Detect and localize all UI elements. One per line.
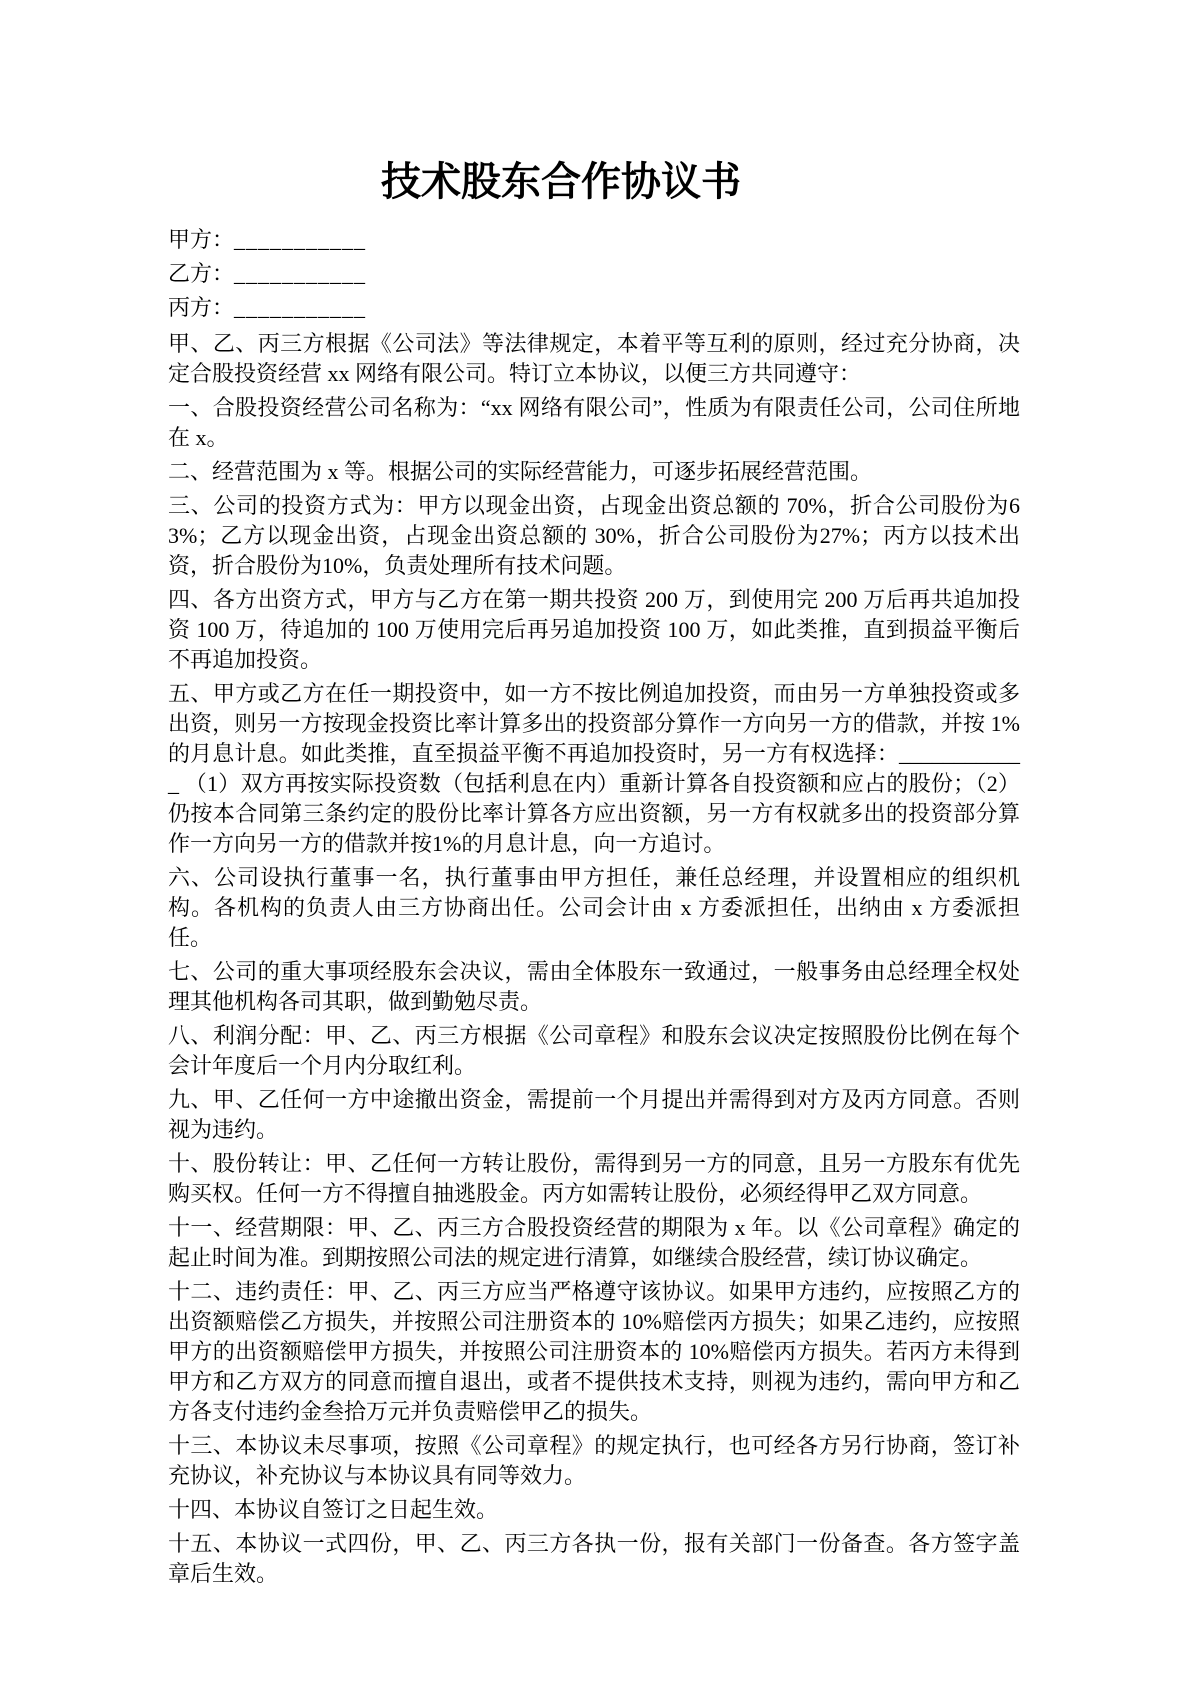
clause-4: 四、各方出资方式，甲方与乙方在第一期共投资 200 万，到使用完 200 万后再… — [168, 585, 1020, 675]
clause-6: 六、公司设执行董事一名，执行董事由甲方担任，兼任总经理，并设置相应的组织机构。各… — [168, 863, 1020, 953]
clause-1: 一、合股投资经营公司名称为：“xx 网络有限公司”，性质为有限责任公司，公司住所… — [168, 393, 1020, 453]
parties-block: 甲方：___________ 乙方：___________ 丙方：_______… — [168, 223, 1020, 325]
clause-8: 八、利润分配：甲、乙、丙三方根据《公司章程》和股东会议决定按照股份比例在每个会计… — [168, 1021, 1020, 1081]
clause-2: 二、经营范围为 x 等。根据公司的实际经营能力，可逐步拓展经营范围。 — [168, 457, 1020, 487]
party-row-jia: 甲方：___________ — [168, 223, 1020, 257]
clause-9: 九、甲、乙任何一方中途撤出资金，需提前一个月提出并需得到对方及丙方同意。否则视为… — [168, 1085, 1020, 1145]
contract-body: 甲、乙、丙三方根据《公司法》等法律规定，本着平等互利的原则，经过充分协商，决定合… — [168, 329, 1020, 1589]
clause-10: 十、股份转让：甲、乙任何一方转让股份，需得到另一方的同意，且另一方股东有优先购买… — [168, 1149, 1020, 1209]
party-blank-yi: ___________ — [234, 261, 366, 286]
clause-14: 十四、本协议自签订之日起生效。 — [168, 1495, 1020, 1525]
clause-5: 五、甲方或乙方在任一期投资中，如一方不按比例追加投资，而由另一方单独投资或多出资… — [168, 679, 1020, 859]
clause-7: 七、公司的重大事项经股东会决议，需由全体股东一致通过，一般事务由总经理全权处理其… — [168, 957, 1020, 1017]
clause-15: 十五、本协议一式四份，甲、乙、丙三方各执一份，报有关部门一份备查。各方签字盖章后… — [168, 1529, 1020, 1589]
intro-paragraph: 甲、乙、丙三方根据《公司法》等法律规定，本着平等互利的原则，经过充分协商，决定合… — [168, 329, 1020, 389]
clause-13: 十三、本协议未尽事项，按照《公司章程》的规定执行，也可经各方另行协商，签订补充协… — [168, 1431, 1020, 1491]
party-blank-jia: ___________ — [234, 227, 366, 252]
document-page: 技术股东合作协议书 甲方：___________ 乙方：___________ … — [168, 150, 1020, 1593]
party-row-yi: 乙方：___________ — [168, 257, 1020, 291]
party-label-yi: 乙方： — [168, 261, 234, 286]
clause-3: 三、公司的投资方式为：甲方以现金出资，占现金出资总额的 70%，折合公司股份为6… — [168, 491, 1020, 581]
document-title: 技术股东合作协议书 — [168, 150, 1020, 207]
clause-11: 十一、经营期限：甲、乙、丙三方合股投资经营的期限为 x 年。以《公司章程》确定的… — [168, 1213, 1020, 1273]
party-label-jia: 甲方： — [168, 227, 234, 252]
party-row-bing: 丙方：___________ — [168, 291, 1020, 325]
clause-12: 十二、违约责任：甲、乙、丙三方应当严格遵守该协议。如果甲方违约，应按照乙方的出资… — [168, 1277, 1020, 1427]
party-label-bing: 丙方： — [168, 295, 234, 320]
party-blank-bing: ___________ — [234, 295, 366, 320]
